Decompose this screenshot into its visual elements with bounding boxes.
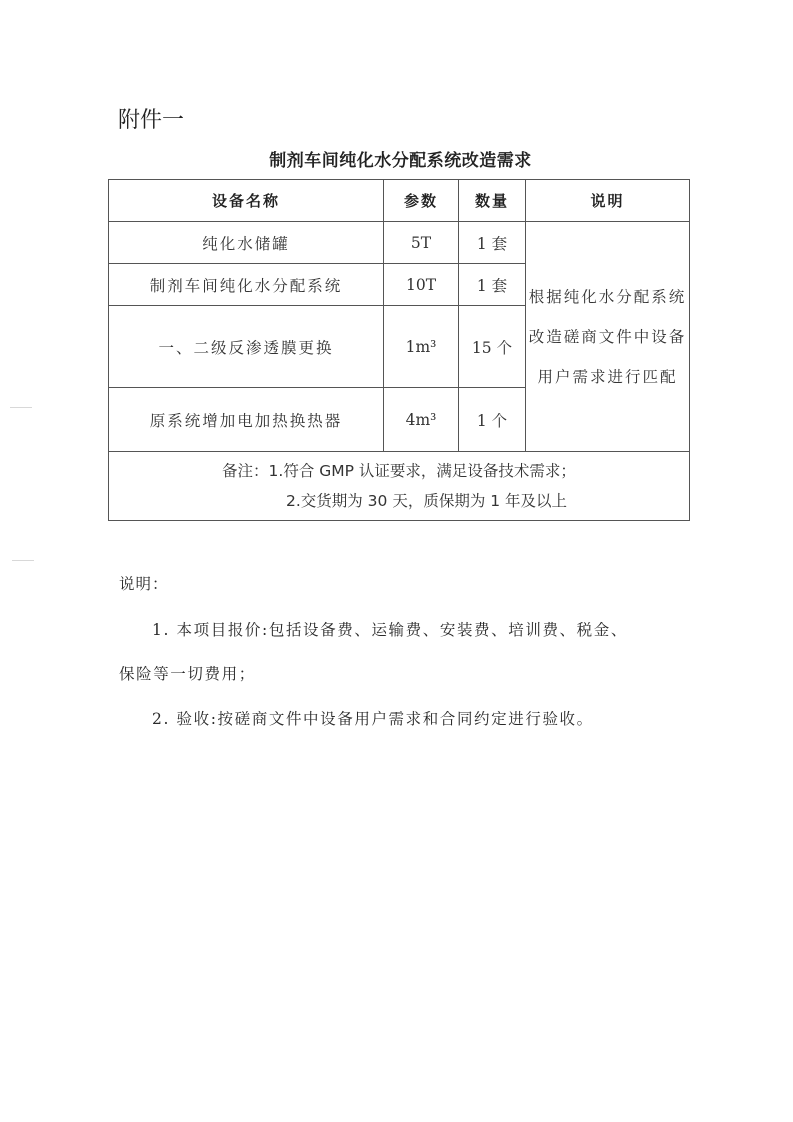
- header-description: 说明: [526, 180, 690, 222]
- explanation-label: 说明：: [119, 572, 169, 594]
- cell-equipment-name: 一、二级反渗透膜更换: [109, 306, 384, 388]
- cell-quantity: 1 套: [459, 264, 526, 306]
- cell-parameter: 1m³: [384, 306, 459, 388]
- table-header-row: 设备名称 参数 数量 说明: [109, 180, 690, 222]
- document-title: 制剂车间纯化水分配系统改造需求: [0, 146, 793, 171]
- header-parameter: 参数: [384, 180, 459, 222]
- cell-equipment-name: 纯化水储罐: [109, 222, 384, 264]
- cell-parameter: 4m³: [384, 388, 459, 452]
- cell-equipment-name: 制剂车间纯化水分配系统: [109, 264, 384, 306]
- header-quantity: 数量: [459, 180, 526, 222]
- note-line-1: 备注：1.符合 GMP 认证要求，满足设备技术需求；: [109, 456, 689, 486]
- explanation-item-1-continued: 保险等一切费用；: [119, 662, 256, 684]
- scan-artifact: [12, 560, 34, 561]
- header-equipment-name: 设备名称: [109, 180, 384, 222]
- cell-parameter: 5T: [384, 222, 459, 264]
- attachment-label: 附件一: [118, 103, 184, 134]
- explanation-item-1: 1. 本项目报价:包括设备费、运输费、安装费、培训费、税金、: [152, 618, 628, 640]
- notes-cell: 备注：1.符合 GMP 认证要求，满足设备技术需求； 2.交货期为 30 天，质…: [109, 452, 690, 521]
- cell-quantity: 1 套: [459, 222, 526, 264]
- scan-artifact: [10, 407, 32, 408]
- table-row: 纯化水储罐 5T 1 套 根据纯化水分配系统改造磋商文件中设备用户需求进行匹配: [109, 222, 690, 264]
- requirements-table: 设备名称 参数 数量 说明 纯化水储罐 5T 1 套 根据纯化水分配系统改造磋商…: [108, 179, 690, 521]
- cell-parameter: 10T: [384, 264, 459, 306]
- explanation-item-2: 2. 验收:按磋商文件中设备用户需求和合同约定进行验收。: [152, 707, 594, 729]
- cell-quantity: 1 个: [459, 388, 526, 452]
- note-line-2: 2.交货期为 30 天，质保期为 1 年及以上: [109, 486, 689, 516]
- cell-equipment-name: 原系统增加电加热换热器: [109, 388, 384, 452]
- table-notes-row: 备注：1.符合 GMP 认证要求，满足设备技术需求； 2.交货期为 30 天，质…: [109, 452, 690, 521]
- cell-description: 根据纯化水分配系统改造磋商文件中设备用户需求进行匹配: [526, 222, 690, 452]
- cell-quantity: 15 个: [459, 306, 526, 388]
